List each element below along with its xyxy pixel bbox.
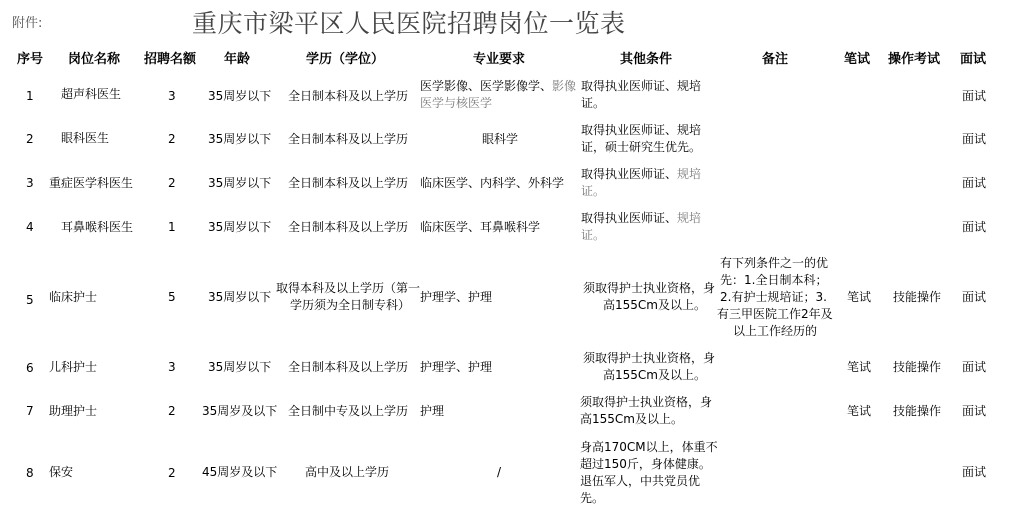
cell-no: 6 bbox=[26, 360, 34, 376]
cell-quota: 2 bbox=[168, 175, 176, 191]
cell-position: 耳鼻喉科医生 bbox=[61, 219, 133, 235]
header-quota: 招聘名额 bbox=[144, 48, 196, 67]
cell-position: 助理护士 bbox=[49, 403, 97, 419]
cell-major-line2: 医学与核医学 bbox=[420, 95, 492, 111]
cell-age: 45周岁及以下 bbox=[202, 464, 277, 480]
cell-position: 超声科医生 bbox=[61, 86, 121, 102]
cell-major: 护理 bbox=[420, 403, 444, 419]
cell-major: 临床医学、耳鼻喉科学 bbox=[420, 219, 540, 235]
cell-age: 35周岁以下 bbox=[208, 359, 271, 375]
cell-other: 取得执业医师证、规培 bbox=[581, 210, 701, 226]
cell-quota: 2 bbox=[168, 403, 176, 419]
cell-education: 全日制中专及以上学历 bbox=[288, 403, 408, 419]
cell-other-line2: 证。 bbox=[581, 183, 605, 199]
other-line: 超过150斤，身体健康。 bbox=[580, 456, 711, 472]
cell-other: 须取得护士执业资格，身 bbox=[583, 280, 715, 296]
cell-no: 3 bbox=[26, 175, 34, 191]
cell-position: 保安 bbox=[49, 464, 73, 480]
cell-other-line2: 高155Cm及以上。 bbox=[580, 411, 683, 427]
cell-interview: 面试 bbox=[962, 175, 986, 191]
other-line: 先。 bbox=[580, 490, 604, 506]
cell-major: 护理学、护理 bbox=[420, 359, 492, 375]
cell-age: 35周岁以下 bbox=[208, 219, 271, 235]
cell-practical: 技能操作 bbox=[893, 403, 941, 419]
cell-education: 全日制本科及以上学历 bbox=[288, 359, 408, 375]
cell-education: 全日制本科及以上学历 bbox=[288, 175, 408, 191]
cell-major: / bbox=[497, 464, 501, 480]
cell-interview: 面试 bbox=[962, 131, 986, 147]
header-written: 笔试 bbox=[844, 48, 870, 67]
cell-quota: 3 bbox=[168, 88, 176, 104]
cell-written: 笔试 bbox=[847, 359, 871, 375]
note-line: 先：1.全日制本科； bbox=[720, 272, 827, 288]
cell-no: 4 bbox=[26, 219, 34, 235]
cell-major: 护理学、护理 bbox=[420, 289, 492, 305]
cell-other-line2: 高155Cm及以上。 bbox=[603, 367, 706, 383]
cell-age: 35周岁以下 bbox=[208, 88, 271, 104]
cell-major: 医学影像、医学影像学、影像 bbox=[420, 78, 576, 94]
header-note: 备注 bbox=[762, 48, 788, 67]
cell-quota: 2 bbox=[168, 465, 176, 481]
cell-interview: 面试 bbox=[962, 403, 986, 419]
cell-no: 7 bbox=[26, 403, 34, 419]
cell-interview: 面试 bbox=[962, 88, 986, 104]
cell-quota: 2 bbox=[168, 131, 176, 147]
cell-practical: 技能操作 bbox=[893, 289, 941, 305]
attachment-label: 附件: bbox=[12, 12, 42, 31]
cell-written: 笔试 bbox=[847, 289, 871, 305]
cell-no: 2 bbox=[26, 131, 34, 147]
cell-education: 取得本科及以上学历（第一 bbox=[276, 280, 420, 296]
cell-position: 眼科医生 bbox=[61, 130, 109, 146]
cell-no: 1 bbox=[26, 88, 34, 104]
cell-interview: 面试 bbox=[962, 359, 986, 375]
cell-major: 临床医学、内科学、外科学 bbox=[420, 175, 564, 191]
cell-education-line2: 学历须为全日制专科） bbox=[290, 297, 410, 313]
cell-other: 取得执业医师证、规培 bbox=[581, 78, 701, 94]
cell-interview: 面试 bbox=[962, 289, 986, 305]
cell-other-line2: 证。 bbox=[581, 95, 605, 111]
cell-quota: 1 bbox=[168, 219, 176, 235]
cell-position: 临床护士 bbox=[49, 289, 97, 305]
cell-position: 重症医学科医生 bbox=[49, 175, 133, 191]
header-other: 其他条件 bbox=[620, 48, 672, 67]
cell-age: 35周岁及以下 bbox=[202, 403, 277, 419]
note-line: 有三甲医院工作2年及 bbox=[717, 306, 833, 322]
cell-quota: 5 bbox=[168, 289, 176, 305]
note-line: 以上工作经历的 bbox=[733, 323, 817, 339]
cell-other-line2: 证，硕士研究生优先。 bbox=[581, 139, 701, 155]
other-line: 退伍军人，中共党员优 bbox=[580, 473, 700, 489]
cell-written: 笔试 bbox=[847, 403, 871, 419]
cell-age: 35周岁以下 bbox=[208, 131, 271, 147]
note-line: 有下列条件之一的优 bbox=[720, 255, 828, 271]
cell-age: 35周岁以下 bbox=[208, 289, 271, 305]
header-major: 专业要求 bbox=[473, 48, 525, 67]
note-line: 2.有护士规培证；3. bbox=[720, 289, 827, 305]
cell-other-line2: 证。 bbox=[581, 227, 605, 243]
header-age: 年龄 bbox=[224, 48, 250, 67]
cell-practical: 技能操作 bbox=[893, 359, 941, 375]
cell-other: 须取得护士执业资格，身 bbox=[580, 394, 712, 410]
header-education: 学历（学位） bbox=[306, 48, 384, 67]
cell-education: 高中及以上学历 bbox=[305, 464, 389, 480]
header-no: 序号 bbox=[17, 48, 43, 67]
cell-major: 眼科学 bbox=[482, 131, 518, 147]
cell-other: 取得执业医师证、规培 bbox=[581, 122, 701, 138]
cell-interview: 面试 bbox=[962, 219, 986, 235]
cell-other: 取得执业医师证、规培 bbox=[581, 166, 701, 182]
header-interview: 面试 bbox=[960, 48, 986, 67]
cell-education: 全日制本科及以上学历 bbox=[288, 88, 408, 104]
cell-age: 35周岁以下 bbox=[208, 175, 271, 191]
cell-no: 8 bbox=[26, 465, 34, 481]
cell-quota: 3 bbox=[168, 359, 176, 375]
cell-interview: 面试 bbox=[962, 464, 986, 480]
cell-other: 须取得护士执业资格，身 bbox=[583, 350, 715, 366]
other-line: 身高170CM以上，体重不 bbox=[580, 439, 718, 455]
page-title: 重庆市梁平区人民医院招聘岗位一览表 bbox=[192, 4, 626, 40]
cell-position: 儿科护士 bbox=[49, 359, 97, 375]
cell-other-line2: 高155Cm及以上。 bbox=[603, 297, 706, 313]
cell-no: 5 bbox=[26, 292, 34, 308]
header-practical: 操作考试 bbox=[888, 48, 940, 67]
header-position: 岗位名称 bbox=[68, 48, 120, 67]
cell-education: 全日制本科及以上学历 bbox=[288, 131, 408, 147]
cell-education: 全日制本科及以上学历 bbox=[288, 219, 408, 235]
